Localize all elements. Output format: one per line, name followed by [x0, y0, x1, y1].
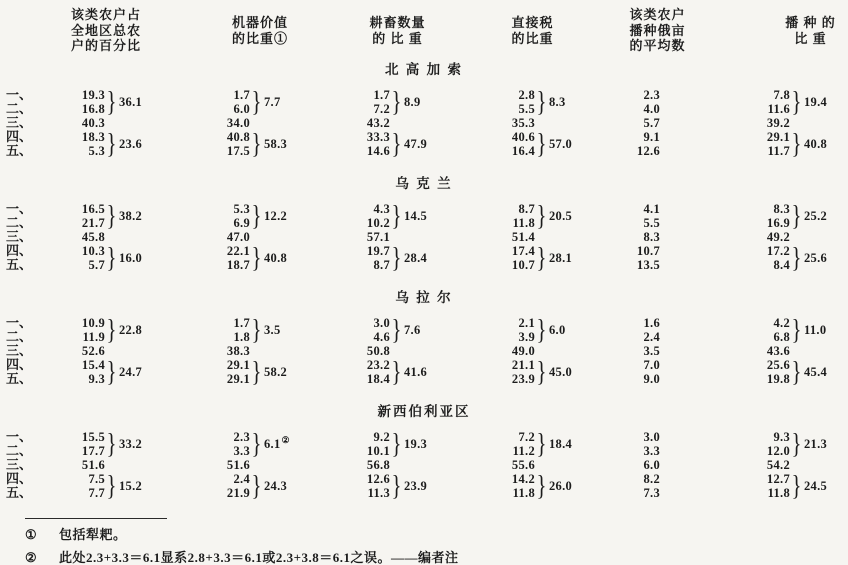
pair-values: 15.517.7 — [50, 430, 105, 458]
cell-value: 21.9 — [195, 486, 250, 500]
cell-value: 11.7 — [735, 144, 790, 158]
row-label: 三、 — [6, 458, 50, 472]
cell-value: 3.0 — [335, 316, 390, 330]
header-line: 直接税 — [465, 15, 600, 31]
pair-values: 1.71.8 — [195, 316, 250, 344]
data-column-0: 10.911.9}22.852.615.49.3}24.7 — [50, 316, 190, 386]
row-label: 三、 — [6, 230, 50, 244]
braced-pair: 10.911.9}22.8 — [50, 316, 190, 344]
cell-value: 40.3 — [50, 116, 105, 130]
cell-value: 7.2 — [480, 430, 535, 444]
pair-values: 1.76.0 — [195, 88, 250, 116]
cell-value: 11.3 — [335, 486, 390, 500]
data-column-0: 16.521.7}38.245.810.35.7}16.0 — [50, 202, 190, 272]
cell-value: 3.3 — [195, 444, 250, 458]
pair-values: 21.123.9 — [480, 358, 535, 386]
brace-glyph: } — [392, 430, 400, 458]
brace-glyph: } — [537, 202, 545, 230]
row-label: 一、 — [6, 316, 50, 330]
cell-value: 9.3 — [50, 372, 105, 386]
header-line: 该类农户 — [600, 7, 715, 23]
pair-total: 58.2 — [264, 365, 287, 380]
section-grid: 一、二、三、四、五、16.521.7}38.245.810.35.7}16.05… — [0, 202, 848, 272]
footnote-1-text: 包括犁耙。 — [59, 527, 127, 542]
cell-value: 16.4 — [480, 144, 535, 158]
cell-value: 17.2 — [735, 244, 790, 258]
data-column-5: 7.811.6}19.439.229.111.7}40.8 — [715, 88, 848, 158]
cell-value: 6.0 — [195, 102, 250, 116]
row-label: 一、 — [6, 202, 50, 216]
cell-value: 8.2 — [605, 472, 660, 486]
cell-value: 29.1 — [195, 358, 250, 372]
pair-total: 21.3 — [804, 437, 827, 452]
braced-pair: 25.619.8}45.4 — [735, 358, 848, 386]
table-section-3: 新西伯利亚区一、二、三、四、五、15.517.7}33.251.67.57.7}… — [0, 404, 848, 500]
data-column-5: 8.316.9}25.249.217.28.4}25.6 — [715, 202, 848, 272]
pair-values: 18.35.3 — [50, 130, 105, 158]
braced-pair: 1.71.8}3.5 — [195, 316, 330, 344]
pair-values: 12.711.8 — [735, 472, 790, 500]
brace-glyph: } — [537, 430, 545, 458]
pair-values: 33.314.6 — [335, 130, 390, 158]
brace-glyph: } — [537, 244, 545, 272]
data-column-1: 1.71.8}3.538.329.129.1}58.2 — [190, 316, 330, 386]
cell-value: 19.7 — [335, 244, 390, 258]
row-labels: 一、二、三、四、五、 — [0, 316, 50, 386]
header-line: 的比重① — [190, 31, 330, 47]
cell-value: 45.8 — [50, 230, 105, 244]
braced-pair: 40.817.5}58.3 — [195, 130, 330, 158]
braced-pair: 12.611.3}23.9 — [335, 472, 465, 500]
cell-value: 4.2 — [735, 316, 790, 330]
braced-pair: 29.129.1}58.2 — [195, 358, 330, 386]
header-line: 户的百分比 — [50, 38, 162, 54]
row-label: 四、 — [6, 130, 50, 144]
pair-values: 29.129.1 — [195, 358, 250, 386]
brace-glyph: } — [252, 202, 260, 230]
braced-pair: 40.616.4}57.0 — [480, 130, 600, 158]
pair-values: 17.28.4 — [735, 244, 790, 272]
row-label: 二、 — [6, 444, 50, 458]
column-header-livestock: 耕畜数量 的 比 重 — [330, 15, 465, 46]
cell-value: 6.9 — [195, 216, 250, 230]
column-header-household-share: 该类农户占 全地区总农 户的百分比 — [50, 7, 190, 54]
row-label: 三、 — [6, 116, 50, 130]
cell-value: 3.0 — [605, 430, 660, 444]
braced-pair: 29.111.7}40.8 — [735, 130, 848, 158]
row-labels: 一、二、三、四、五、 — [0, 430, 50, 500]
cell-value: 52.6 — [50, 344, 105, 358]
brace-glyph: } — [392, 244, 400, 272]
cell-value: 2.3 — [195, 430, 250, 444]
pair-values: 1.77.2 — [335, 88, 390, 116]
cell-value: 7.5 — [50, 472, 105, 486]
footnotes: ① 包括犁耙。 ② 此处2.3+3.3＝6.1显系2.8+3.3＝6.1或2.3… — [0, 518, 848, 565]
data-column-1: 5.36.9}12.247.022.118.7}40.8 — [190, 202, 330, 272]
pair-values: 9.210.1 — [335, 430, 390, 458]
data-column-5: 9.312.0}21.354.212.711.8}24.5 — [715, 430, 848, 500]
brace-glyph: } — [107, 88, 115, 116]
pair-total: 22.8 — [119, 323, 142, 338]
cell-value: 10.9 — [50, 316, 105, 330]
cell-value: 34.0 — [195, 116, 250, 130]
brace-glyph: } — [792, 430, 800, 458]
pair-values: 25.619.8 — [735, 358, 790, 386]
cell-value: 12.0 — [735, 444, 790, 458]
cell-value: 23.9 — [480, 372, 535, 386]
brace-glyph: } — [252, 244, 260, 272]
braced-pair: 2.421.9}24.3 — [195, 472, 330, 500]
scanned-table-page: 该类农户占 全地区总农 户的百分比 机器价值 的比重① 耕畜数量 的 比 重 直… — [0, 0, 848, 565]
brace-glyph: } — [107, 130, 115, 158]
header-line: 的 比 重 — [330, 31, 465, 47]
cell-value: 29.1 — [195, 372, 250, 386]
pair-total: 47.9 — [404, 137, 427, 152]
pair-values: 12.611.3 — [335, 472, 390, 500]
cell-value: 2.4 — [195, 472, 250, 486]
pair-values: 5.36.9 — [195, 202, 250, 230]
cell-value: 17.4 — [480, 244, 535, 258]
cell-value: 7.2 — [335, 102, 390, 116]
cell-value: 14.2 — [480, 472, 535, 486]
pair-values: 23.218.4 — [335, 358, 390, 386]
brace-glyph: } — [107, 472, 115, 500]
data-column-3: 7.211.2}18.455.614.211.8}26.0 — [465, 430, 600, 500]
data-column-5: 4.26.8}11.043.625.619.8}45.4 — [715, 316, 848, 386]
cell-value: 1.7 — [195, 316, 250, 330]
pair-total: 25.6 — [804, 251, 827, 266]
cell-value: 11.9 — [50, 330, 105, 344]
pair-values: 22.118.7 — [195, 244, 250, 272]
cell-value: 17.7 — [50, 444, 105, 458]
cell-value: 22.1 — [195, 244, 250, 258]
pair-values: 40.817.5 — [195, 130, 250, 158]
brace-glyph: } — [792, 130, 800, 158]
cell-value: 29.1 — [735, 130, 790, 144]
braced-pair: 4.310.2}14.5 — [335, 202, 465, 230]
header-line: 全地区总农 — [50, 23, 162, 39]
pair-values: 17.410.7 — [480, 244, 535, 272]
cell-value: 3.5 — [605, 344, 660, 358]
cell-value: 1.7 — [335, 88, 390, 102]
brace-glyph: } — [107, 244, 115, 272]
cell-value: 10.7 — [605, 244, 660, 258]
brace-glyph: } — [392, 88, 400, 116]
cell-value: 7.0 — [605, 358, 660, 372]
pair-total: 45.4 — [804, 365, 827, 380]
row-label: 二、 — [6, 330, 50, 344]
pair-total: 28.4 — [404, 251, 427, 266]
cell-value: 11.8 — [480, 486, 535, 500]
pair-values: 8.711.8 — [480, 202, 535, 230]
table-section-2: 乌 拉 尔一、二、三、四、五、10.911.9}22.852.615.49.3}… — [0, 290, 848, 386]
pair-total: 12.2 — [264, 209, 287, 224]
data-column-3: 2.13.9}6.049.021.123.9}45.0 — [465, 316, 600, 386]
brace-glyph: } — [252, 316, 260, 344]
cell-value: 7.3 — [605, 486, 660, 500]
footnote-ref-icon: ② — [282, 435, 290, 445]
cell-value: 9.3 — [735, 430, 790, 444]
pair-total: 45.0 — [549, 365, 572, 380]
pair-total: 40.8 — [264, 251, 287, 266]
braced-pair: 4.26.8}11.0 — [735, 316, 848, 344]
cell-value: 8.4 — [735, 258, 790, 272]
row-label: 三、 — [6, 344, 50, 358]
cell-value: 18.7 — [195, 258, 250, 272]
brace-glyph: } — [252, 130, 260, 158]
cell-value: 18.4 — [335, 372, 390, 386]
brace-glyph: } — [792, 88, 800, 116]
pair-total: 25.2 — [804, 209, 827, 224]
cell-value: 2.1 — [480, 316, 535, 330]
braced-pair: 33.314.6}47.9 — [335, 130, 465, 158]
pair-total: 41.6 — [404, 365, 427, 380]
pair-total: 6.0 — [549, 323, 566, 338]
pair-total: 8.9 — [404, 95, 421, 110]
data-column-4: 3.03.36.08.27.3 — [600, 430, 715, 500]
pair-values: 14.211.8 — [480, 472, 535, 500]
cell-value: 57.1 — [335, 230, 390, 244]
cell-value: 4.1 — [605, 202, 660, 216]
table-section-1: 乌 克 兰一、二、三、四、五、16.521.7}38.245.810.35.7}… — [0, 176, 848, 272]
data-column-4: 2.34.05.79.112.6 — [600, 88, 715, 158]
cell-value: 13.5 — [605, 258, 660, 272]
section-title: 乌 拉 尔 — [0, 290, 848, 306]
data-column-4: 4.15.58.310.713.5 — [600, 202, 715, 272]
braced-pair: 19.78.7}28.4 — [335, 244, 465, 272]
cell-value: 12.7 — [735, 472, 790, 486]
cell-value: 11.6 — [735, 102, 790, 116]
cell-value: 19.3 — [50, 88, 105, 102]
braced-pair: 2.33.3}6.1② — [195, 430, 330, 458]
pair-values: 2.421.9 — [195, 472, 250, 500]
data-column-2: 9.210.1}19.356.812.611.3}23.9 — [330, 430, 465, 500]
cell-value: 11.8 — [735, 486, 790, 500]
cell-value: 9.0 — [605, 372, 660, 386]
braced-pair: 19.316.8}36.1 — [50, 88, 190, 116]
cell-value: 40.6 — [480, 130, 535, 144]
cell-value: 17.5 — [195, 144, 250, 158]
brace-glyph: } — [537, 130, 545, 158]
braced-pair: 16.521.7}38.2 — [50, 202, 190, 230]
section-grid: 一、二、三、四、五、10.911.9}22.852.615.49.3}24.71… — [0, 316, 848, 386]
cell-value: 8.7 — [335, 258, 390, 272]
cell-value: 6.0 — [605, 458, 660, 472]
cell-value: 7.8 — [735, 88, 790, 102]
braced-pair: 12.711.8}24.5 — [735, 472, 848, 500]
row-label: 四、 — [6, 244, 50, 258]
section-title: 乌 克 兰 — [0, 176, 848, 192]
cell-value: 2.8 — [480, 88, 535, 102]
row-label: 四、 — [6, 472, 50, 486]
cell-value: 40.8 — [195, 130, 250, 144]
braced-pair: 21.123.9}45.0 — [480, 358, 600, 386]
header-line: 耕畜数量 — [330, 15, 465, 31]
cell-value: 8.3 — [735, 202, 790, 216]
brace-glyph: } — [252, 472, 260, 500]
row-labels: 一、二、三、四、五、 — [0, 202, 50, 272]
brace-glyph: } — [392, 316, 400, 344]
braced-pair: 7.811.6}19.4 — [735, 88, 848, 116]
cell-value: 21.7 — [50, 216, 105, 230]
row-label: 五、 — [6, 372, 50, 386]
cell-value: 10.2 — [335, 216, 390, 230]
data-column-4: 1.62.43.57.09.0 — [600, 316, 715, 386]
footnote-2-marker: ② — [25, 550, 59, 565]
header-line: 的比重 — [465, 31, 600, 47]
cell-value: 1.8 — [195, 330, 250, 344]
pair-values: 8.316.9 — [735, 202, 790, 230]
pair-values: 10.911.9 — [50, 316, 105, 344]
cell-value: 5.3 — [50, 144, 105, 158]
pair-total: 15.2 — [119, 479, 142, 494]
cell-value: 16.9 — [735, 216, 790, 230]
row-label: 五、 — [6, 486, 50, 500]
pair-total: 8.3 — [549, 95, 566, 110]
pair-total: 36.1 — [119, 95, 142, 110]
cell-value: 19.8 — [735, 372, 790, 386]
cell-value: 4.3 — [335, 202, 390, 216]
pair-values: 7.211.2 — [480, 430, 535, 458]
cell-value: 50.8 — [335, 344, 390, 358]
cell-value: 2.3 — [605, 88, 660, 102]
section-title: 北 高 加 索 — [0, 62, 848, 78]
pair-total: 24.7 — [119, 365, 142, 380]
braced-pair: 7.211.2}18.4 — [480, 430, 600, 458]
brace-glyph: } — [792, 472, 800, 500]
cell-value: 7.7 — [50, 486, 105, 500]
pair-total: 11.0 — [804, 323, 826, 338]
pair-values: 3.04.6 — [335, 316, 390, 344]
brace-glyph: } — [792, 244, 800, 272]
pair-values: 29.111.7 — [735, 130, 790, 158]
cell-value: 25.6 — [735, 358, 790, 372]
brace-glyph: } — [107, 316, 115, 344]
data-column-3: 2.85.5}8.335.340.616.4}57.0 — [465, 88, 600, 158]
pair-total: 14.5 — [404, 209, 427, 224]
cell-value: 43.6 — [735, 344, 790, 358]
braced-pair: 22.118.7}40.8 — [195, 244, 330, 272]
pair-values: 4.310.2 — [335, 202, 390, 230]
pair-total: 28.1 — [549, 251, 572, 266]
data-column-2: 1.77.2}8.943.233.314.6}47.9 — [330, 88, 465, 158]
footnote-2: ② 此处2.3+3.3＝6.1显系2.8+3.3＝6.1或2.3+3.8＝6.1… — [25, 550, 848, 565]
cell-value: 10.7 — [480, 258, 535, 272]
row-label: 二、 — [6, 102, 50, 116]
cell-value: 55.6 — [480, 458, 535, 472]
pair-total: 19.4 — [804, 95, 827, 110]
pair-total: 6.1② — [264, 435, 290, 452]
pair-values: 40.616.4 — [480, 130, 535, 158]
cell-value: 38.3 — [195, 344, 250, 358]
braced-pair: 14.211.8}26.0 — [480, 472, 600, 500]
cell-value: 11.2 — [480, 444, 535, 458]
cell-value: 9.2 — [335, 430, 390, 444]
pair-values: 7.811.6 — [735, 88, 790, 116]
cell-value: 10.3 — [50, 244, 105, 258]
brace-glyph: } — [392, 472, 400, 500]
braced-pair: 17.410.7}28.1 — [480, 244, 600, 272]
braced-pair: 8.316.9}25.2 — [735, 202, 848, 230]
cell-value: 4.0 — [605, 102, 660, 116]
cell-value: 16.5 — [50, 202, 105, 216]
table-section-0: 北 高 加 索一、二、三、四、五、19.316.8}36.140.318.35.… — [0, 62, 848, 158]
header-line: 的平均数 — [600, 38, 715, 54]
pair-total: 7.7 — [264, 95, 281, 110]
pair-values: 9.312.0 — [735, 430, 790, 458]
data-column-0: 19.316.8}36.140.318.35.3}23.6 — [50, 88, 190, 158]
cell-value: 3.9 — [480, 330, 535, 344]
braced-pair: 5.36.9}12.2 — [195, 202, 330, 230]
cell-value: 1.6 — [605, 316, 660, 330]
row-labels: 一、二、三、四、五、 — [0, 88, 50, 158]
header-line: 机器价值 — [190, 15, 330, 31]
cell-value: 6.8 — [735, 330, 790, 344]
cell-value: 5.7 — [50, 258, 105, 272]
braced-pair: 15.49.3}24.7 — [50, 358, 190, 386]
pair-total: 18.4 — [549, 437, 572, 452]
pair-total: 19.3 — [404, 437, 427, 452]
cell-value: 51.6 — [50, 458, 105, 472]
cell-value: 56.8 — [335, 458, 390, 472]
braced-pair: 23.218.4}41.6 — [335, 358, 465, 386]
cell-value: 54.2 — [735, 458, 790, 472]
cell-value: 21.1 — [480, 358, 535, 372]
pair-values: 19.78.7 — [335, 244, 390, 272]
cell-value: 5.5 — [480, 102, 535, 116]
cell-value: 8.7 — [480, 202, 535, 216]
braced-pair: 8.711.8}20.5 — [480, 202, 600, 230]
cell-value: 49.2 — [735, 230, 790, 244]
pair-total: 57.0 — [549, 137, 572, 152]
pair-total: 23.9 — [404, 479, 427, 494]
data-column-0: 15.517.7}33.251.67.57.7}15.2 — [50, 430, 190, 500]
cell-value: 51.4 — [480, 230, 535, 244]
data-column-1: 1.76.0}7.734.040.817.5}58.3 — [190, 88, 330, 158]
pair-total: 20.5 — [549, 209, 572, 224]
pair-values: 2.13.9 — [480, 316, 535, 344]
row-label: 四、 — [6, 358, 50, 372]
cell-value: 51.6 — [195, 458, 250, 472]
row-label: 一、 — [6, 430, 50, 444]
cell-value: 16.8 — [50, 102, 105, 116]
pair-total: 58.3 — [264, 137, 287, 152]
brace-glyph: } — [537, 316, 545, 344]
brace-glyph: } — [392, 202, 400, 230]
section-grid: 一、二、三、四、五、15.517.7}33.251.67.57.7}15.22.… — [0, 430, 848, 500]
brace-glyph: } — [392, 358, 400, 386]
brace-glyph: } — [252, 88, 260, 116]
column-header-direct-tax: 直接税 的比重 — [465, 15, 600, 46]
braced-pair: 17.28.4}25.6 — [735, 244, 848, 272]
cell-value: 49.0 — [480, 344, 535, 358]
table-sections: 北 高 加 索一、二、三、四、五、19.316.8}36.140.318.35.… — [0, 62, 848, 500]
cell-value: 18.3 — [50, 130, 105, 144]
cell-value: 39.2 — [735, 116, 790, 130]
braced-pair: 18.35.3}23.6 — [50, 130, 190, 158]
pair-total: 24.3 — [264, 479, 287, 494]
cell-value: 2.4 — [605, 330, 660, 344]
data-column-2: 3.04.6}7.650.823.218.4}41.6 — [330, 316, 465, 386]
cell-value: 47.0 — [195, 230, 250, 244]
pair-total: 7.6 — [404, 323, 421, 338]
braced-pair: 9.312.0}21.3 — [735, 430, 848, 458]
row-label: 二、 — [6, 216, 50, 230]
cell-value: 12.6 — [605, 144, 660, 158]
cell-value: 33.3 — [335, 130, 390, 144]
brace-glyph: } — [792, 202, 800, 230]
cell-value: 1.7 — [195, 88, 250, 102]
